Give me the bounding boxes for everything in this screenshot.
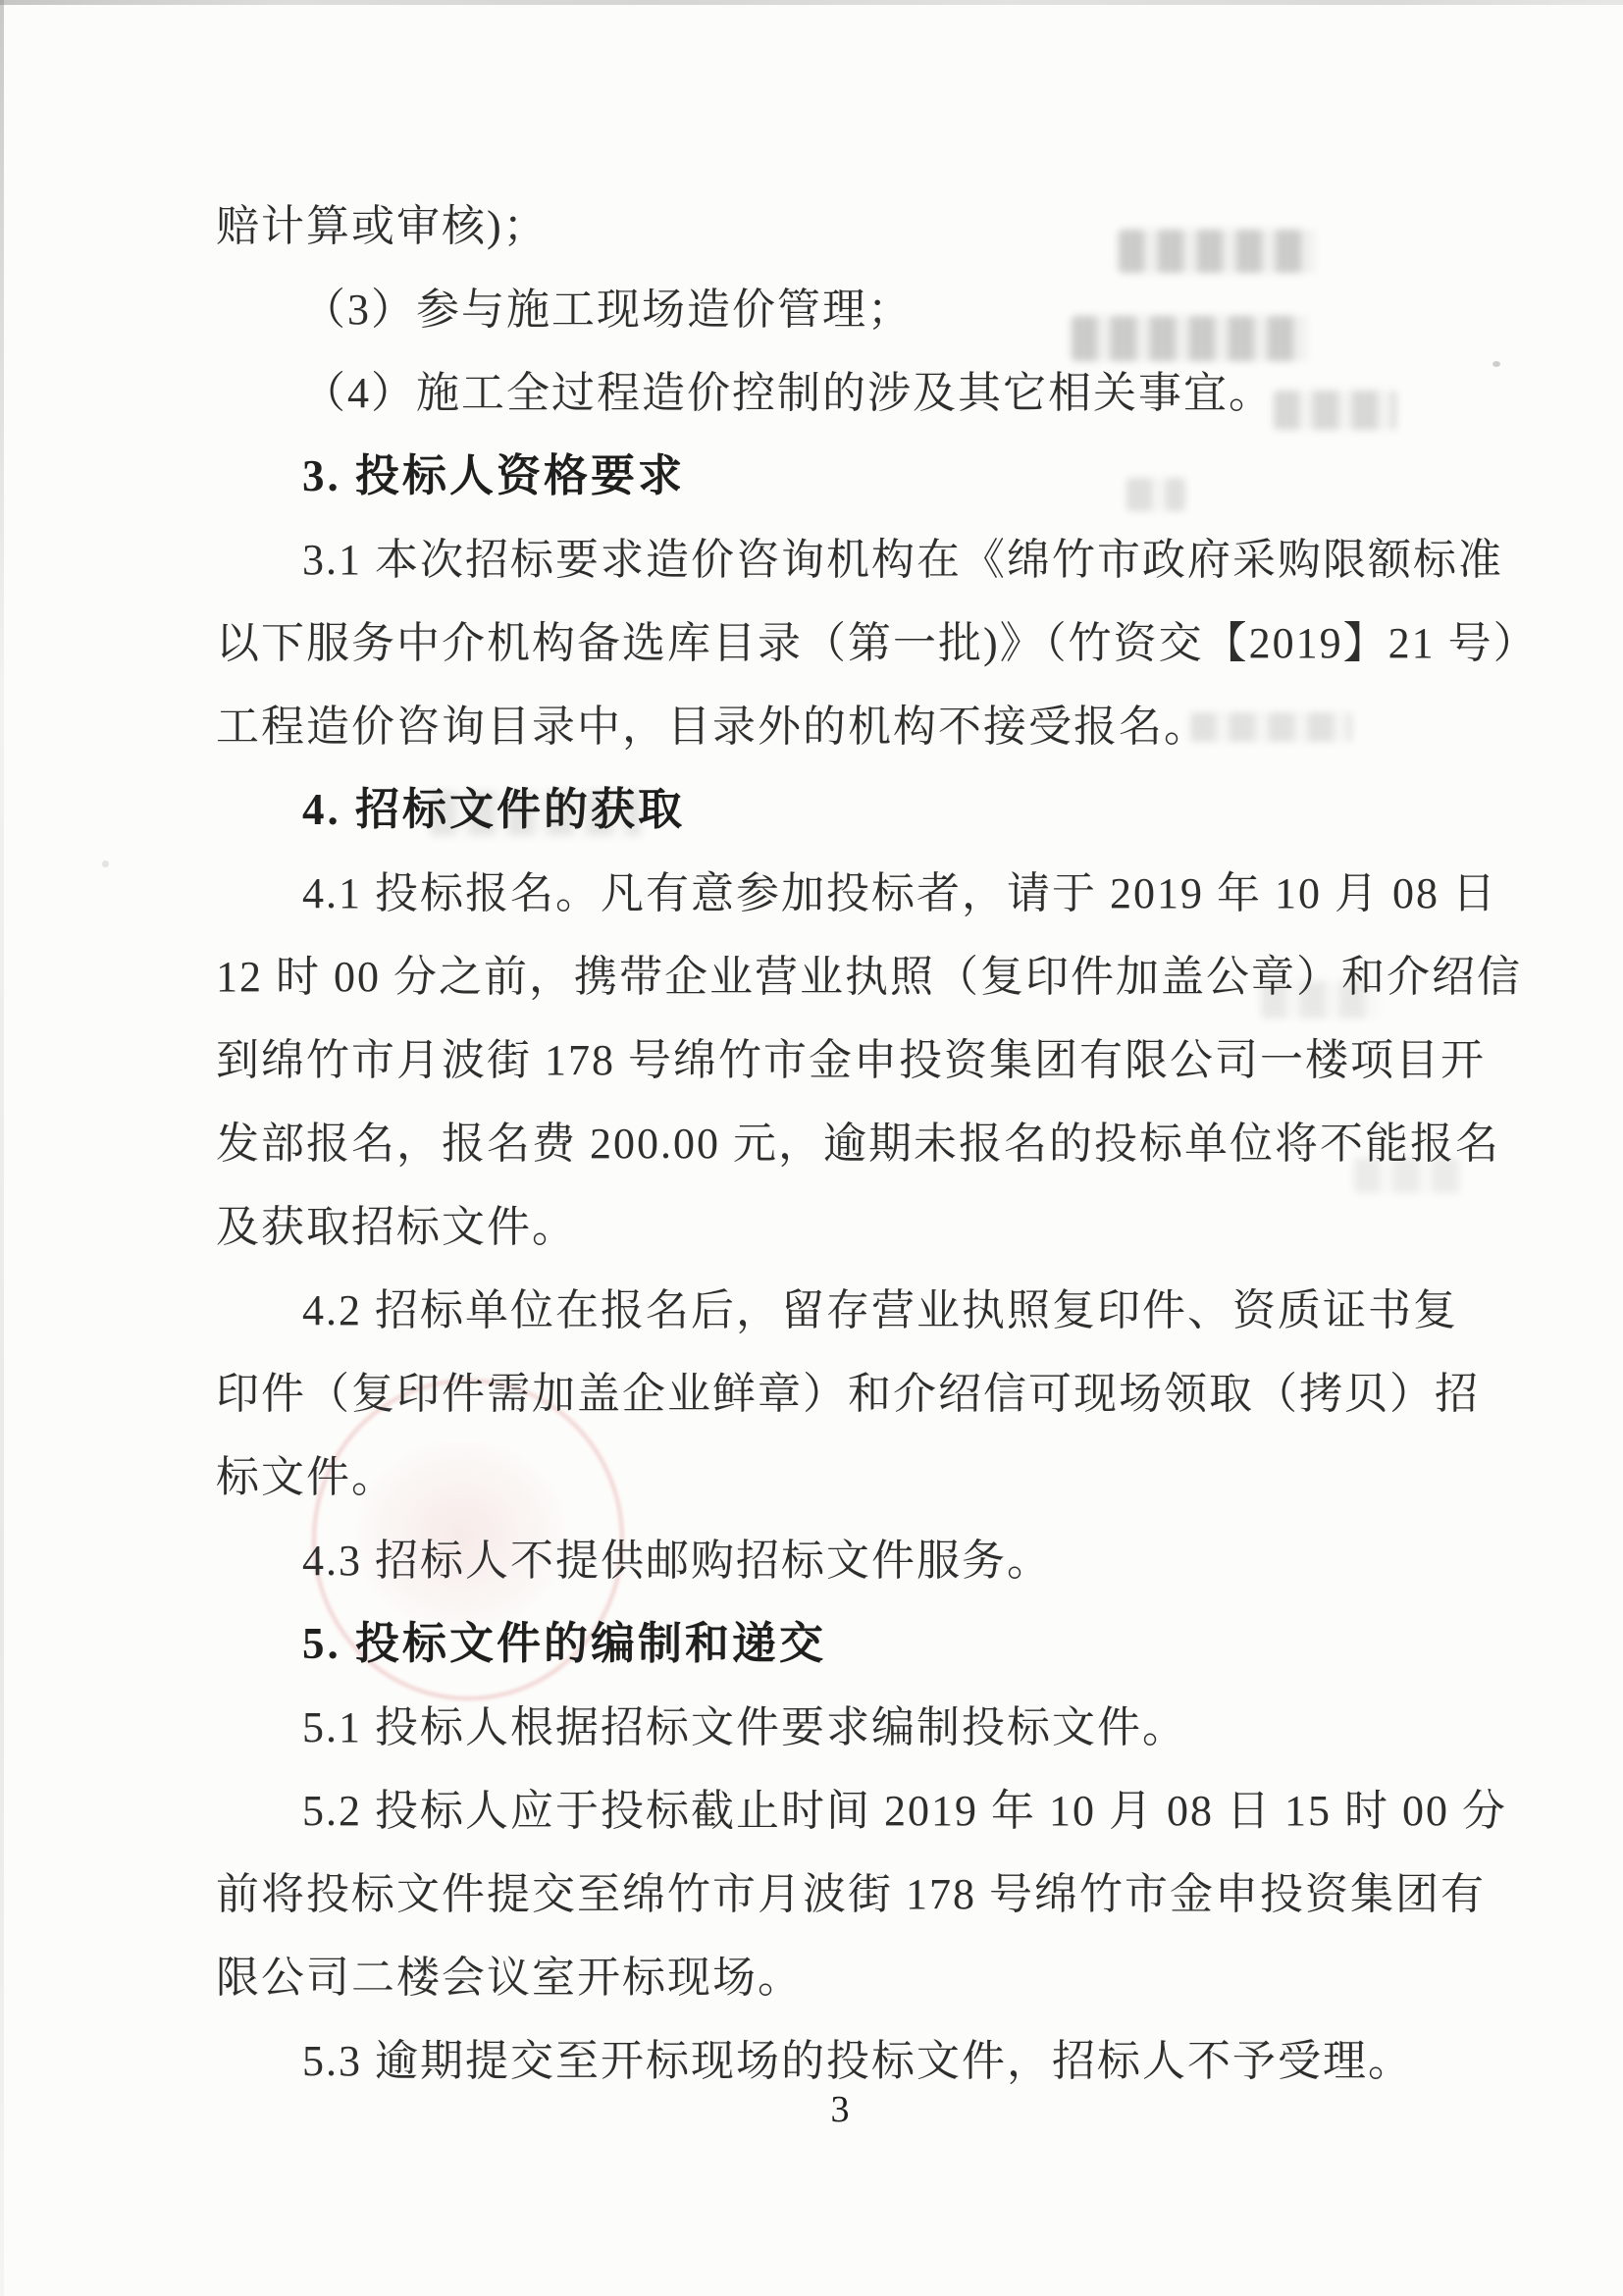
text-block: 赔计算或审核)；（3）参与施工现场造价管理；（4）施工全过程造价控制的涉及其它相…: [216, 184, 1492, 2103]
text-line: 到绵竹市月波街 178 号绵竹市金申投资集团有限公司一楼项目开: [216, 1018, 1492, 1102]
text-line: 发部报名，报名费 200.00 元，逾期未报名的投标单位将不能报名: [216, 1102, 1492, 1185]
text-line: 印件（复印件需加盖企业鲜章）和介绍信可现场领取（拷贝）招: [216, 1352, 1492, 1435]
text-line: 以下服务中介机构备选库目录（第一批)》（竹资交【2019】21 号）: [216, 601, 1492, 685]
section-heading: 5. 投标文件的编制和递交: [216, 1602, 1492, 1686]
text-line: （3）参与施工现场造价管理；: [216, 268, 1492, 351]
text-line: 工程造价咨询目录中，目录外的机构不接受报名。: [216, 685, 1492, 768]
scan-edge-artifact: [0, 0, 1623, 5]
text-line: 3.1 本次招标要求造价咨询机构在《绵竹市政府采购限额标准: [216, 518, 1492, 601]
page-number: 3: [0, 2088, 1623, 2131]
text-line: 前将投标文件提交至绵竹市月波街 178 号绵竹市金申投资集团有: [216, 1852, 1492, 1936]
text-line: 限公司二楼会议室开标现场。: [216, 1936, 1492, 2019]
section-heading: 3. 投标人资格要求: [216, 435, 1492, 518]
text-line: 标文件。: [216, 1435, 1492, 1519]
text-line: 12 时 00 分之前，携带企业营业执照（复印件加盖公章）和介绍信: [216, 935, 1492, 1018]
text-line: 5.2 投标人应于投标截止时间 2019 年 10 月 08 日 15 时 00…: [216, 1769, 1492, 1852]
text-line: 赔计算或审核)；: [216, 184, 1492, 268]
scan-edge-artifact: [0, 0, 4, 2296]
scan-speck: [1492, 361, 1500, 367]
section-heading: 4. 招标文件的获取: [216, 768, 1492, 852]
text-line: 5.1 投标人根据招标文件要求编制投标文件。: [216, 1686, 1492, 1769]
text-line: 4.1 投标报名。凡有意参加投标者，请于 2019 年 10 月 08 日: [216, 852, 1492, 935]
document-page: 赔计算或审核)；（3）参与施工现场造价管理；（4）施工全过程造价控制的涉及其它相…: [0, 0, 1623, 2296]
text-line: 4.2 招标单位在报名后，留存营业执照复印件、资质证书复: [216, 1269, 1492, 1352]
text-line: 4.3 招标人不提供邮购招标文件服务。: [216, 1519, 1492, 1602]
scan-speck: [102, 861, 109, 867]
text-line: （4）施工全过程造价控制的涉及其它相关事宜。: [216, 351, 1492, 435]
text-line: 及获取招标文件。: [216, 1185, 1492, 1269]
